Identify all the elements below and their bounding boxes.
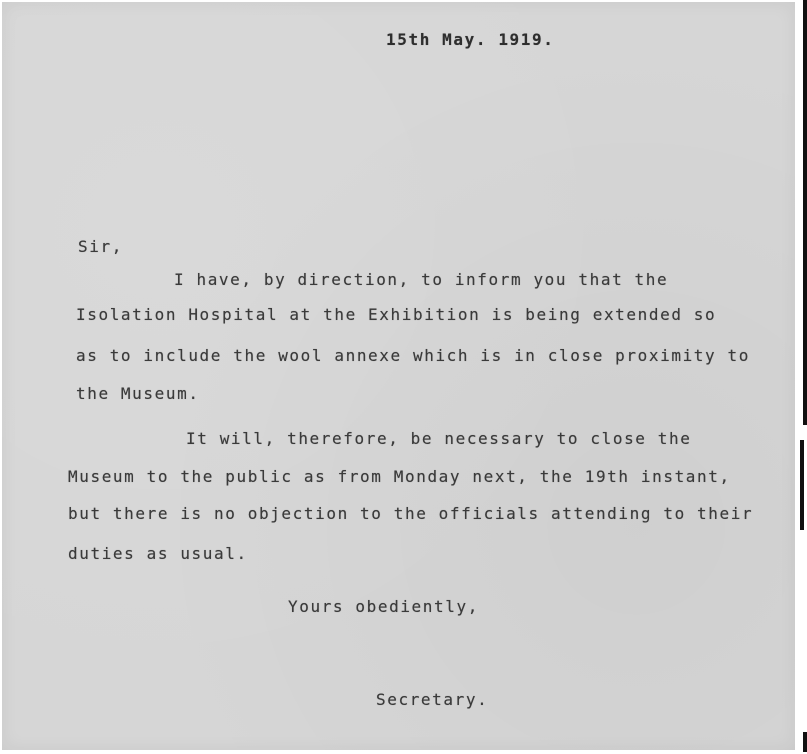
paragraph-line: but there is no objection to the officia… — [68, 506, 753, 522]
paragraph-line: the Museum. — [76, 386, 200, 402]
letter-date: 15th May. 1919. — [386, 32, 555, 48]
paragraph-line: It will, therefore, be necessary to clos… — [186, 431, 691, 447]
letter-page: 15th May. 1919. Sir, I have, by directio… — [2, 2, 795, 750]
signature: Secretary. — [376, 692, 488, 708]
scan-edge-shadow — [803, 732, 807, 752]
paragraph-line: Museum to the public as from Monday next… — [68, 469, 731, 485]
paragraph-line: Isolation Hospital at the Exhibition is … — [76, 307, 716, 323]
paragraph-line: I have, by direction, to inform you that… — [174, 272, 668, 288]
scan-edge-shadow — [803, 0, 807, 425]
paragraph-line: as to include the wool annexe which is i… — [76, 348, 750, 364]
paragraph-line: duties as usual. — [68, 546, 248, 562]
salutation: Sir, — [78, 239, 123, 255]
closing: Yours obediently, — [288, 599, 479, 615]
scan-edge-shadow — [800, 440, 804, 530]
